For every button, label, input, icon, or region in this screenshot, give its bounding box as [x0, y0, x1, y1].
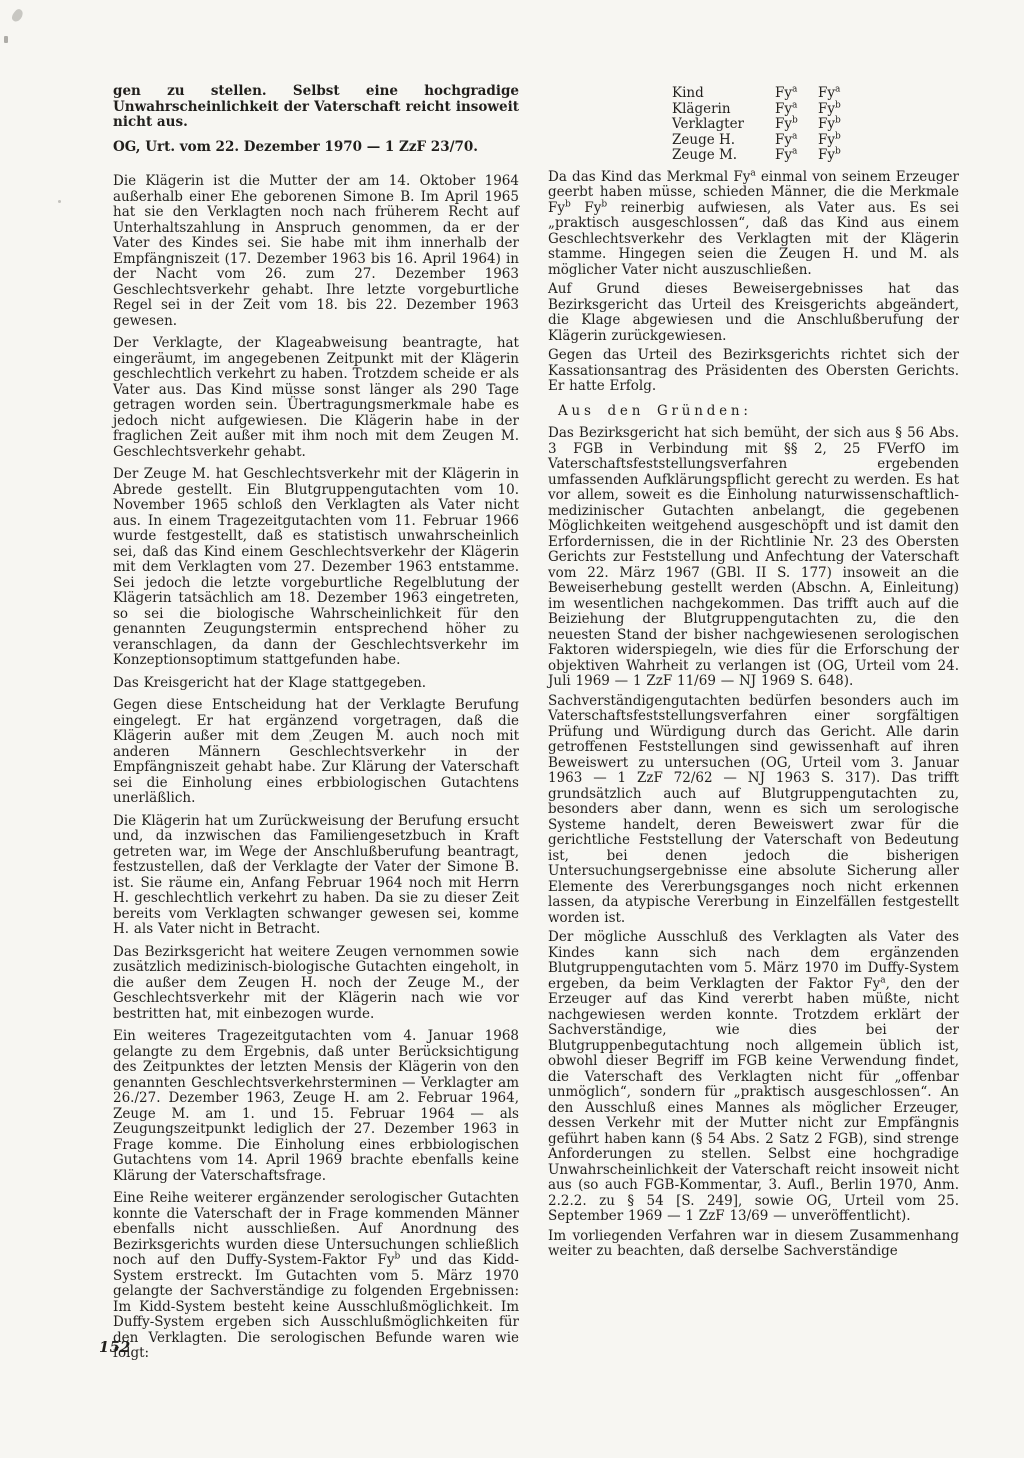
- body-paragraph: Der Verklagte, der Klageabweisung beantr…: [113, 336, 519, 460]
- scan-artifact: [10, 8, 25, 24]
- body-paragraph: Das Bezirksgericht hat sich bemüht, der …: [548, 426, 959, 690]
- body-paragraph: Die Klägerin ist die Mutter der am 14. O…: [113, 174, 519, 329]
- body-paragraph: Das Bezirksgericht hat weitere Zeugen ve…: [113, 945, 519, 1023]
- table-row: Verklagter Fyb Fyb: [672, 117, 959, 133]
- blood-group-findings-table: Kind Fya Fya Klägerin Fya Fyb Verklagter…: [672, 86, 959, 164]
- left-column: gen zu stellen. Selbst eine hochgradige …: [113, 84, 519, 1369]
- table-row: Zeuge H. Fya Fyb: [672, 133, 959, 149]
- journal-page: gen zu stellen. Selbst eine hochgradige …: [0, 0, 1024, 1458]
- page-number: 152: [99, 1340, 131, 1356]
- table-row: Zeuge M. Fya Fyb: [672, 148, 959, 164]
- section-heading: Aus den Gründen:: [558, 404, 959, 420]
- person-label: Verklagter: [672, 117, 775, 133]
- table-row: Kind Fya Fya: [672, 86, 959, 102]
- right-column: Kind Fya Fya Klägerin Fya Fyb Verklagter…: [548, 84, 959, 1264]
- body-paragraph: Das Kreisgericht hat der Klage stattgege…: [113, 676, 519, 692]
- blood-factor-value: Fya: [775, 148, 818, 164]
- case-citation: OG, Urt. vom 22. Dezember 1970 — 1 ZzF 2…: [113, 140, 519, 156]
- scan-artifact: [58, 200, 61, 203]
- body-paragraph: Der mögliche Ausschluß des Verklagten al…: [548, 930, 959, 1225]
- scan-artifact: [4, 36, 8, 43]
- person-label: Kind: [672, 86, 775, 102]
- headnote-continuation: gen zu stellen. Selbst eine hochgradige …: [113, 84, 519, 131]
- body-paragraph: Eine Reihe weiterer ergänzender serologi…: [113, 1191, 519, 1362]
- body-paragraph: Da das Kind das Merkmal Fya einmal von s…: [548, 170, 959, 279]
- body-paragraph: Gegen diese Entscheidung hat der Verklag…: [113, 698, 519, 807]
- table-row: Klägerin Fya Fyb: [672, 102, 959, 118]
- body-paragraph: Auf Grund dieses Beweisergebnisses hat d…: [548, 282, 959, 344]
- person-label: Klägerin: [672, 102, 775, 118]
- person-label: Zeuge H.: [672, 133, 775, 149]
- body-paragraph: Die Klägerin hat um Zurückweisung der Be…: [113, 814, 519, 938]
- body-paragraph: Sachverständigengutachten bedürfen beson…: [548, 694, 959, 927]
- blood-factor-value: Fyb: [818, 148, 861, 164]
- body-paragraph: Gegen das Urteil des Bezirksgerichts ric…: [548, 348, 959, 395]
- person-label: Zeuge M.: [672, 148, 775, 164]
- body-paragraph: Der Zeuge M. hat Geschlechtsverkehr mit …: [113, 467, 519, 669]
- body-paragraph: Ein weiteres Tragezeitgutachten vom 4. J…: [113, 1029, 519, 1184]
- body-paragraph: Im vorliegenden Verfahren war in diesem …: [548, 1229, 959, 1260]
